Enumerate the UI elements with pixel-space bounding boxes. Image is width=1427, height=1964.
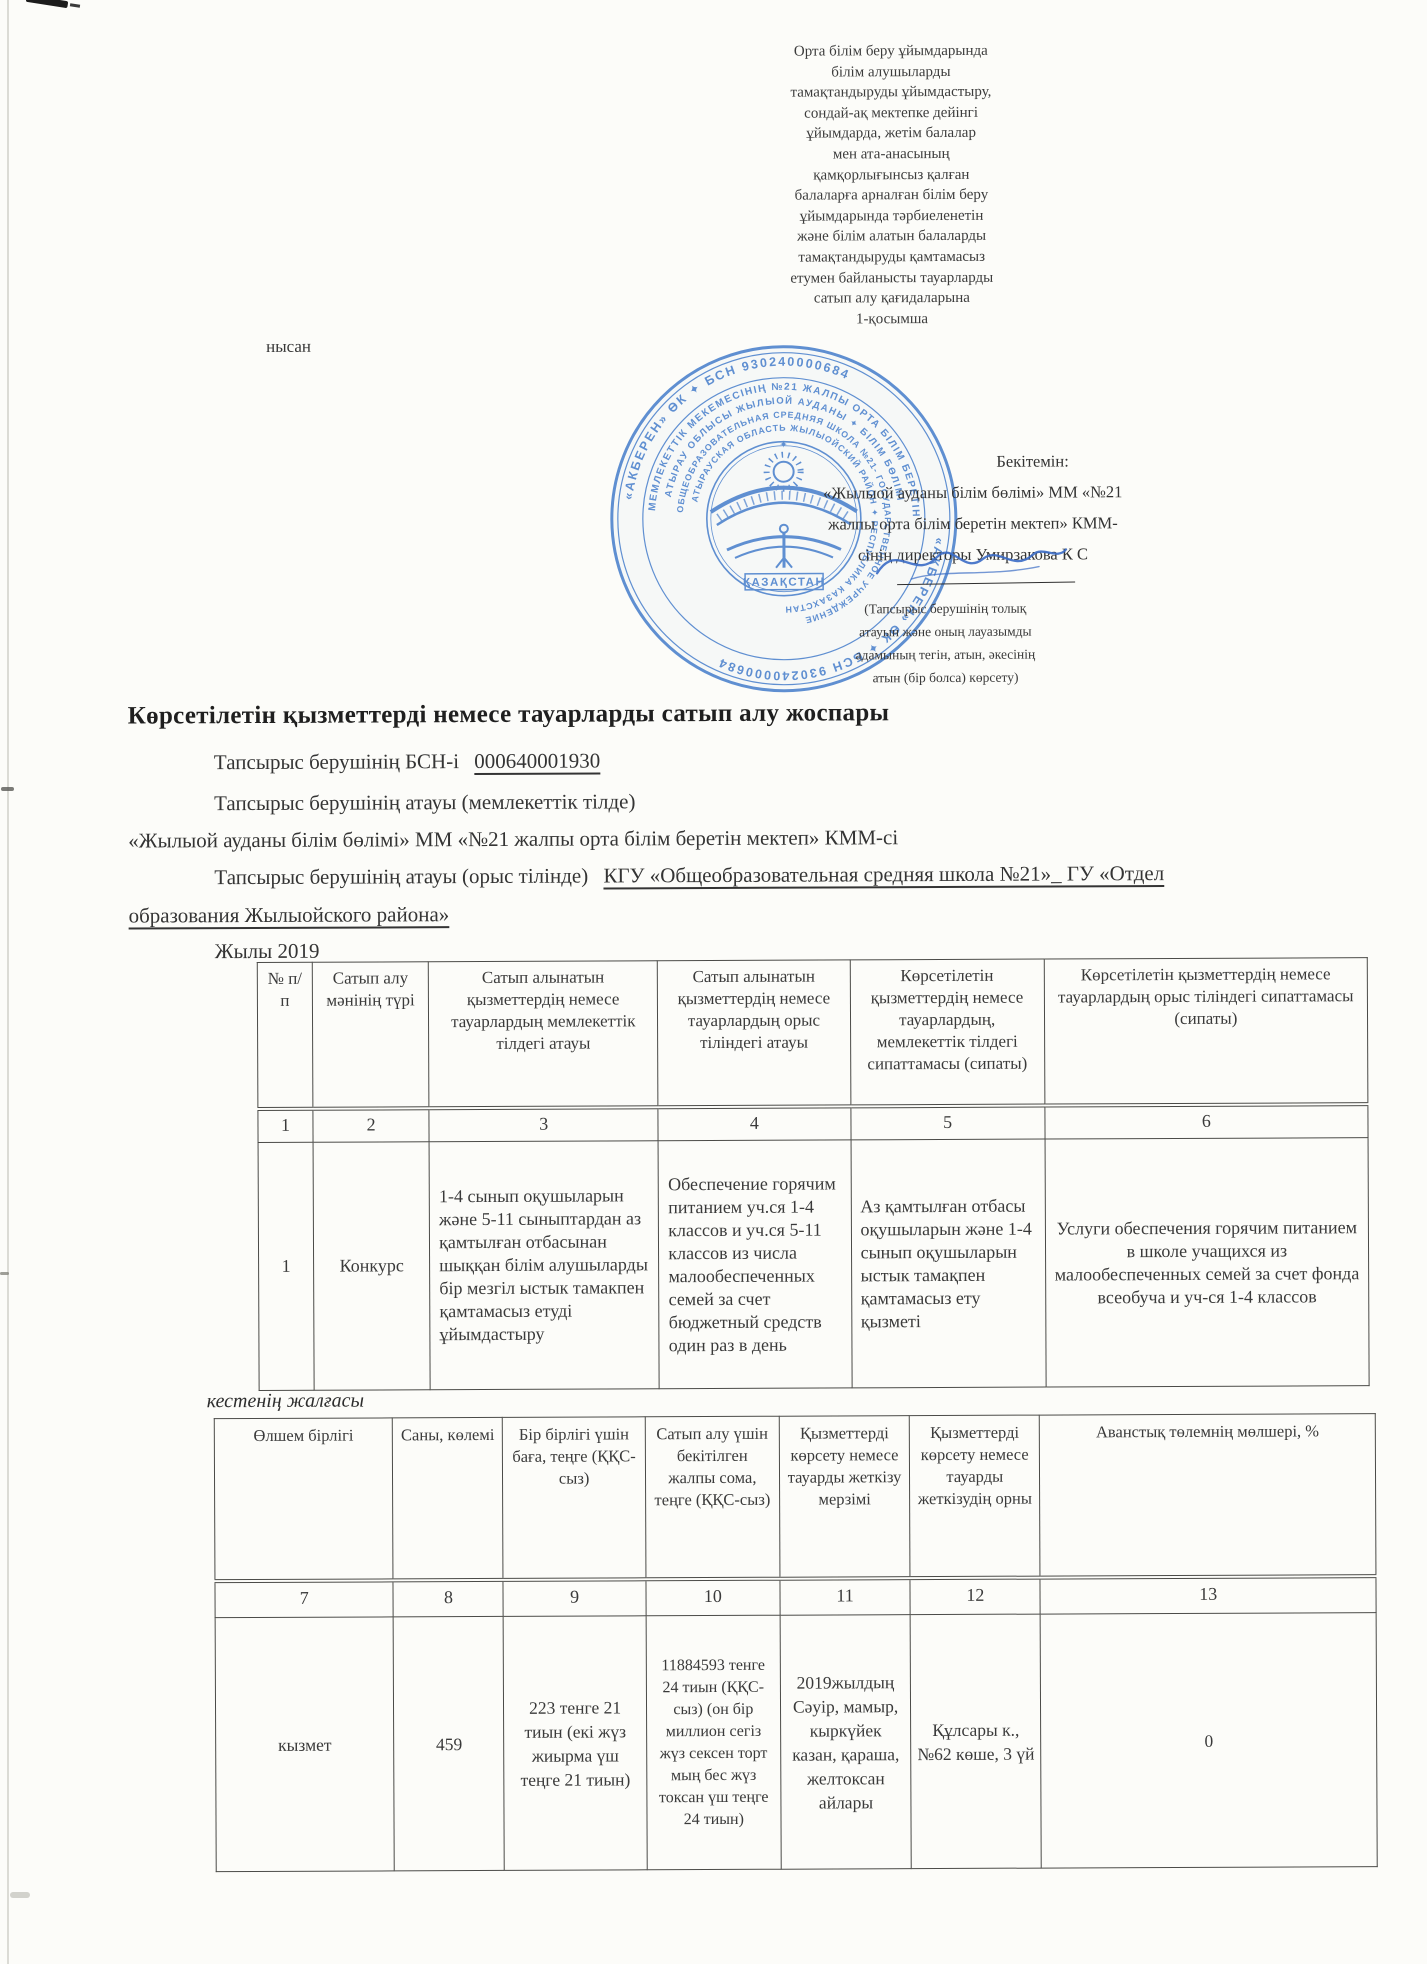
customer-name-kk-value: «Жылыой ауданы білім бөлімі» ММ «№21 жал… xyxy=(128,825,898,853)
document-content: Орта білім беру ұйымдарында білім алушыл… xyxy=(0,0,1427,1964)
approval-label: Бекітемін: xyxy=(799,445,1147,478)
table1-column-number: 4 xyxy=(658,1106,850,1141)
signature-stroke xyxy=(911,567,1039,580)
customer-name-ru-field: Тапсырыс берушінің атауы (орыс тілінде) … xyxy=(214,861,1164,890)
table1-header-cell: Көрсетілетін қызметтердің немесе тауарла… xyxy=(850,959,1045,1106)
signature-stroke xyxy=(877,549,1066,573)
appendix-line: тамақтандыруды қамтамасыз xyxy=(763,247,1021,269)
table1-header-row: № п/п Сатып алу мәнінің түрі Сатып алына… xyxy=(257,958,1368,1109)
table1-data-cell: 1-4 сынып оқушыларын және 5-11 сыныптард… xyxy=(429,1141,659,1390)
table2-column-number: 12 xyxy=(910,1577,1040,1615)
appendix-reference-note: Орта білім беру ұйымдарында білім алушыл… xyxy=(762,41,1021,330)
page-title: Көрсетілетін қызметтерді немесе тауарлар… xyxy=(128,698,1228,731)
note-line: атын (бір болса) көрсету) xyxy=(795,665,1095,689)
table1-header-cell: Сатып алу мәнінің түрі xyxy=(312,962,429,1109)
table1-header-cell: Сатып алынатын қызметтердің немесе тауар… xyxy=(658,960,851,1107)
table1-data-row: 1 Конкурс 1-4 сынып оқушыларын және 5-11… xyxy=(258,1138,1369,1391)
table2-header-cell: Саны, көлемі xyxy=(393,1417,504,1579)
table2-column-number: 10 xyxy=(646,1578,780,1616)
table2-data-cell: кызмет xyxy=(215,1617,394,1872)
appendix-line: 1-қосымша xyxy=(763,308,1021,330)
appendix-line: сондай-ақ мектепке дейінгі xyxy=(762,102,1020,124)
table1-column-number: 6 xyxy=(1045,1104,1368,1139)
table2-data-cell: 459 xyxy=(393,1616,504,1870)
note-line: адамының тегін, атын, әкесінің xyxy=(795,642,1095,666)
table1-header-cell: Сатып алынатын қызметтердің немесе тауар… xyxy=(428,961,658,1108)
emblem-country-name: ҚАЗАҚСТАН xyxy=(743,577,825,589)
appendix-line: Орта білім беру ұйымдарында xyxy=(762,41,1020,63)
table1-header-cell: № п/п xyxy=(257,962,313,1108)
table2-header-cell: Аванстық төлемнің мөлшері, % xyxy=(1040,1414,1376,1577)
appendix-line: мен ата-анасының xyxy=(762,144,1020,166)
table2-data-row: кызмет 459 223 тенге 21 тиын (екі жүз жи… xyxy=(215,1613,1377,1872)
appendix-line: етумен байланысты тауарларды xyxy=(763,267,1021,289)
appendix-line: білім алушыларды xyxy=(762,61,1020,83)
bin-field: Тапсырыс берушінің БСН-і 000640001930 xyxy=(214,748,600,775)
table2-column-number: 8 xyxy=(393,1579,503,1616)
table1-data-cell: 1 xyxy=(258,1142,314,1390)
table2-data-cell: 0 xyxy=(1040,1613,1377,1868)
note-line: атауын және оның лауазымды xyxy=(795,619,1095,643)
appendix-line: балаларға арналған білім беру xyxy=(762,185,1020,207)
customer-name-ru-value-part1: КГУ «Общеобразовательная средняя школа №… xyxy=(603,861,1164,887)
table2-data-cell: 223 тенге 21 тиын (екі жүз жиырма үш тең… xyxy=(504,1616,647,1871)
customer-name-kk-label: Тапсырыс берушінің атауы (мемлекеттік ті… xyxy=(214,789,635,816)
table1-number-row: 1 2 3 4 5 6 xyxy=(258,1104,1368,1143)
bin-value: 000640001930 xyxy=(474,748,600,773)
handwritten-signature xyxy=(871,532,1071,587)
appendix-line: сатып алу қағидаларына xyxy=(763,288,1021,310)
table1-column-number: 5 xyxy=(850,1105,1044,1140)
scanned-document-page: Орта білім беру ұйымдарында білім алушыл… xyxy=(0,0,1427,1964)
table2-header-cell: Өлшем бірлігі xyxy=(214,1418,393,1581)
signature-explanation-note: (Тапсырыс берушінің толық атауын және он… xyxy=(795,596,1095,689)
table2-data-cell: Құлсары к.,№62 көше, 3 үй xyxy=(910,1614,1041,1869)
table1-column-number: 3 xyxy=(429,1107,658,1142)
procurement-table-part2: Өлшем бірлігі Саны, көлемі Бір бірлігі ү… xyxy=(214,1413,1378,1872)
form-type-label: нысан xyxy=(266,337,311,357)
customer-name-ru-value-part2: образования Жылыойского района» xyxy=(129,902,450,928)
table2-data-cell: 2019жылдың Сәуір, мамыр, кыркүйек казан,… xyxy=(780,1615,911,1870)
table2-column-number: 11 xyxy=(780,1578,910,1616)
appendix-line: тамақтандыруды ұйымдастыру, xyxy=(762,82,1020,104)
note-line: (Тапсырыс берушінің толық xyxy=(795,596,1095,620)
table1-data-cell: Услуги обеспечения горячим питанием в шк… xyxy=(1045,1138,1369,1387)
table1-data-cell: Конкурс xyxy=(313,1142,430,1391)
table1-data-cell: Аз қамтылған отбасы оқушыларын және 1-4 … xyxy=(851,1139,1046,1388)
procurement-table-part1: № п/п Сатып алу мәнінің түрі Сатып алына… xyxy=(257,957,1370,1391)
customer-name-ru-label: Тапсырыс берушінің атауы (орыс тілінде) xyxy=(214,864,588,890)
table1-header-cell: Көрсетілетін қызметтердің немесе тауарла… xyxy=(1044,958,1368,1105)
table2-number-row: 7 8 9 10 11 12 13 xyxy=(215,1576,1376,1618)
table2-column-number: 13 xyxy=(1040,1576,1376,1614)
table1-column-number: 2 xyxy=(313,1108,429,1143)
appendix-line: қамқорлығынсыз қалған xyxy=(762,164,1020,186)
table1-data-cell: Обеспечение горячим питанием уч.ся 1-4 к… xyxy=(658,1140,851,1389)
approval-line: «Жылыой ауданы білім бөлімі» ММ «№21 xyxy=(799,476,1147,509)
table2-header-cell: Қызметтерді көрсету немесе тауарды жеткі… xyxy=(779,1416,910,1579)
table2-column-number: 9 xyxy=(503,1579,645,1617)
table2-column-number: 7 xyxy=(215,1580,393,1618)
table2-header-row: Өлшем бірлігі Саны, көлемі Бір бірлігі ү… xyxy=(214,1414,1376,1581)
year-label: Жылы 2019 xyxy=(215,939,320,964)
appendix-line: және білім алатын балаларды xyxy=(763,226,1021,248)
emblem-star-icon: ✦ xyxy=(779,440,787,451)
table1-column-number: 1 xyxy=(258,1108,313,1142)
table-continuation-label: кестенің жалғасы xyxy=(207,1390,364,1414)
customer-name-ru-value-text: образования Жылыойского района» xyxy=(129,902,450,927)
bin-label: Тапсырыс берушінің БСН-і xyxy=(214,749,459,774)
appendix-line: ұйымдарда, жетім балалар xyxy=(762,123,1020,145)
table2-header-cell: Бір бірлігі үшін баға, теңге (ҚҚС-сыз) xyxy=(503,1417,646,1580)
table2-header-cell: Сатып алу үшін бекітілген жалпы сома, те… xyxy=(645,1416,780,1579)
table2-data-cell: 11884593 тенге 24 тиын (ҚҚС-сыз) (он бір… xyxy=(646,1615,781,1870)
appendix-line: ұйымдарында тәрбиеленетін xyxy=(762,205,1020,227)
table2-header-cell: Қызметтерді көрсету немесе тауарды жеткі… xyxy=(909,1415,1040,1578)
